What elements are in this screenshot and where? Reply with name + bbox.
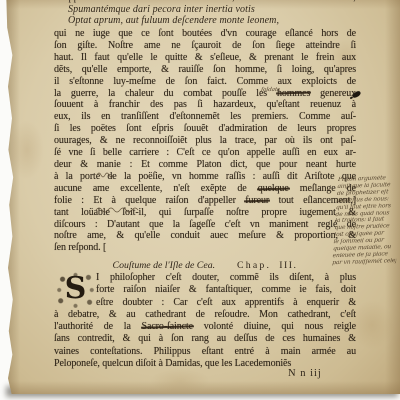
text-line: I philoſopher c'eſt douter, commẽ ils di…	[54, 272, 356, 284]
verse-line: Spumantémque dari pecora inter inertia v…	[68, 4, 279, 15]
handwritten-marginalia: Platon argumẽteainſi que la facultéde pr…	[332, 175, 400, 267]
struck-word: hommes	[277, 88, 310, 99]
paragraph-chapter3-start: I philoſopher c'eſt douter, commẽ ils di…	[54, 272, 356, 370]
text-line: ſen reſpond. [	[54, 242, 356, 254]
chapter-label: Chap. III.	[237, 255, 297, 273]
text-line: folie : Et à quelque raiſon d'appeller f…	[54, 195, 356, 207]
chapter-heading: Couſtume de l'Iſle de Cea. Chap. III.	[54, 255, 356, 273]
text-line: eux, ils en tranſiſſent d'eſtonnemẽt les…	[54, 111, 356, 123]
text-line: l'authorité de la Sacro-ſaincte volonté …	[54, 321, 356, 333]
text-line: à debatre, & au cathedrant de reſoudre. …	[54, 309, 356, 321]
paragraph-chapter2-end: qui ne iuge que ce ſont boutées d'vn cou…	[54, 28, 356, 254]
struck-word: quelque	[258, 183, 289, 194]
text-line: vaines conteſtations. Philippus eſtant e…	[54, 346, 356, 358]
text-line: aucune ame excellente, n'eſt exẽpte de q…	[54, 183, 356, 195]
paper-stain	[150, 368, 210, 394]
text-line: qui ne iuge que ce ſont boutées d'vn cou…	[54, 28, 356, 40]
book-page-paper: chappent ſouuent de noſtre conduite, hor…	[0, 0, 400, 394]
interlinear-correction: ſoldats	[261, 87, 281, 93]
scanned-book-page: chappent ſouuent de noſtre conduite, hor…	[0, 0, 400, 400]
struck-word: Sacro-ſaincte	[142, 321, 193, 332]
text-line: forte raiſon niaiſer & fantaſtiquer, com…	[54, 284, 356, 296]
text-line: ſé vne ſi belle carriere : C'eſt ce qu'o…	[54, 147, 356, 159]
text-line: deur & manie : Et comme Platon dict, que…	[54, 159, 356, 171]
text-line: ſouuent à franchir des pas ſi hazardeux,…	[54, 99, 356, 111]
latin-verse: Spumantémque dari pecora inter inertia v…	[68, 4, 279, 27]
signature-mark: N n iij	[288, 368, 322, 379]
text-line: noſtre ame, & qu'elle conduit auec meſur…	[54, 230, 356, 242]
marginalia-line: par vn rauiſſemẽt celeſte.	[332, 258, 396, 267]
text-line: ſi les poëtes ſont eſpris ſouuẽt d'admir…	[54, 123, 356, 135]
text-line: la guerre, la chaleur du combat pouſſe l…	[54, 88, 356, 100]
paper-stain	[10, 120, 44, 180]
text-line: dẽts, qu'elle emporte, & rauiſſe ſon hom…	[54, 64, 356, 76]
interlinear-scribble	[95, 206, 143, 213]
struck-word: fureur	[245, 195, 269, 206]
text-line: eſtre doubter : Car c'eſt aux apprentifs…	[54, 297, 356, 309]
text-line: ouurages, & ne reconnoiſſoiẽt plus la tr…	[54, 135, 356, 147]
text-line: ſans contredit, & qui à ſon rang au deſſ…	[54, 333, 356, 345]
text-line: ſon giſte. Noſtre ame ne ſçauroit de ſon…	[54, 40, 356, 52]
text-line: diſcours : D'autant que la ſageſſe c'eſt…	[54, 219, 356, 231]
text-line: haut. Il faut qu'elle le quitte & s'eſle…	[54, 52, 356, 64]
verse-line: Optat aprum, aut fuluum deſcendere monte…	[68, 15, 279, 26]
paper-stain	[350, 300, 394, 350]
interlinear-scribble	[96, 171, 114, 178]
chapter-title: Couſtume de l'Iſle de Cea.	[113, 260, 216, 271]
clipped-top-line-text: chappent ſouuent de noſtre conduite, hor…	[54, 0, 356, 3]
text-line: il s'eſtonne luy-meſme de ſon faict. Com…	[54, 76, 356, 88]
